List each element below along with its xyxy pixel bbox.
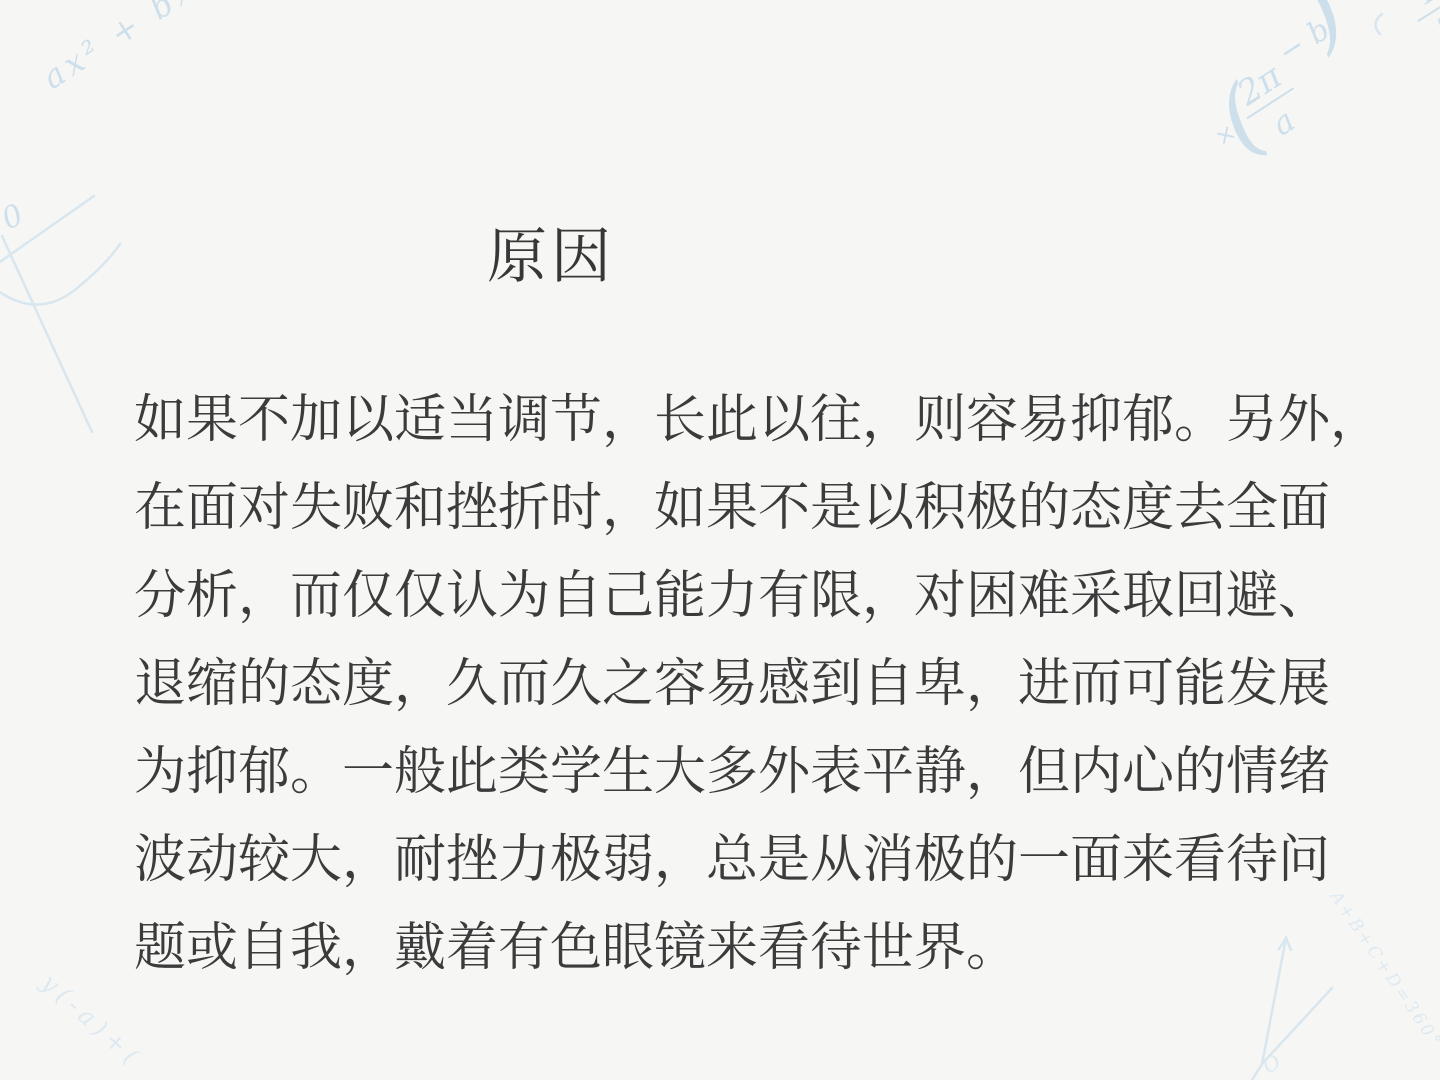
text-line: 分析，而仅仅认为自己能力有限，对困难采取回避、 (134, 552, 1374, 640)
svg-text:2π: 2π (1230, 56, 1290, 114)
svg-text:(: ( (1198, 66, 1284, 172)
doodle-axis-origin-label: 0 (0, 197, 29, 237)
page-title: 原因 (487, 227, 615, 287)
svg-text:5: 5 (1431, 10, 1440, 44)
svg-text:): ) (1276, 0, 1363, 64)
text-line: 为抑郁。一般此类学生大多外表平静，但内心的情绪 (134, 728, 1374, 816)
doodle-fraction-formula-icon: × ( 2π a − b ) (1160, 0, 1388, 180)
body-paragraph: 如果不加以适当调节，长此以往，则容易抑郁。另外， 在面对失败和挫折时，如果不是以… (134, 376, 1374, 992)
svg-text:1: 1 (1411, 0, 1440, 12)
text-line: 如果不加以适当调节，长此以往，则容易抑郁。另外， (134, 376, 1374, 464)
text-line: 在面对失败和挫折时，如果不是以积极的态度去全面 (134, 464, 1374, 552)
svg-text:a: a (1265, 101, 1302, 143)
svg-text:×: × (1209, 118, 1241, 152)
doodle-quadratic-formula-icon: ax² + bx + (36, 0, 243, 97)
doodle-bottom-left-scribble-icon: y(-a)+( (35, 968, 148, 1074)
doodle-corner-fraction-icon: 1 5 (1401, 0, 1440, 50)
text-line: 题或自我，戴着有色眼镜来看待世界。 (134, 904, 1374, 992)
doodle-angle-origin-label: O (1259, 1049, 1285, 1078)
doodle-corner-stroke-icon (1375, 14, 1382, 34)
svg-text:− b: − b (1272, 12, 1336, 71)
doodle-parabola-sketch-icon: 0 (0, 196, 120, 432)
text-line: 波动较大，耐挫力极弱，总是从消极的一面来看待问 (134, 816, 1374, 904)
text-line: 退缩的态度，久而久之容易感到自卑，进而可能发展 (134, 640, 1374, 728)
slide-page: ax² + bx + 0 × ( 2π a − b ) 1 5 A+B+C+D=… (0, 0, 1440, 1080)
